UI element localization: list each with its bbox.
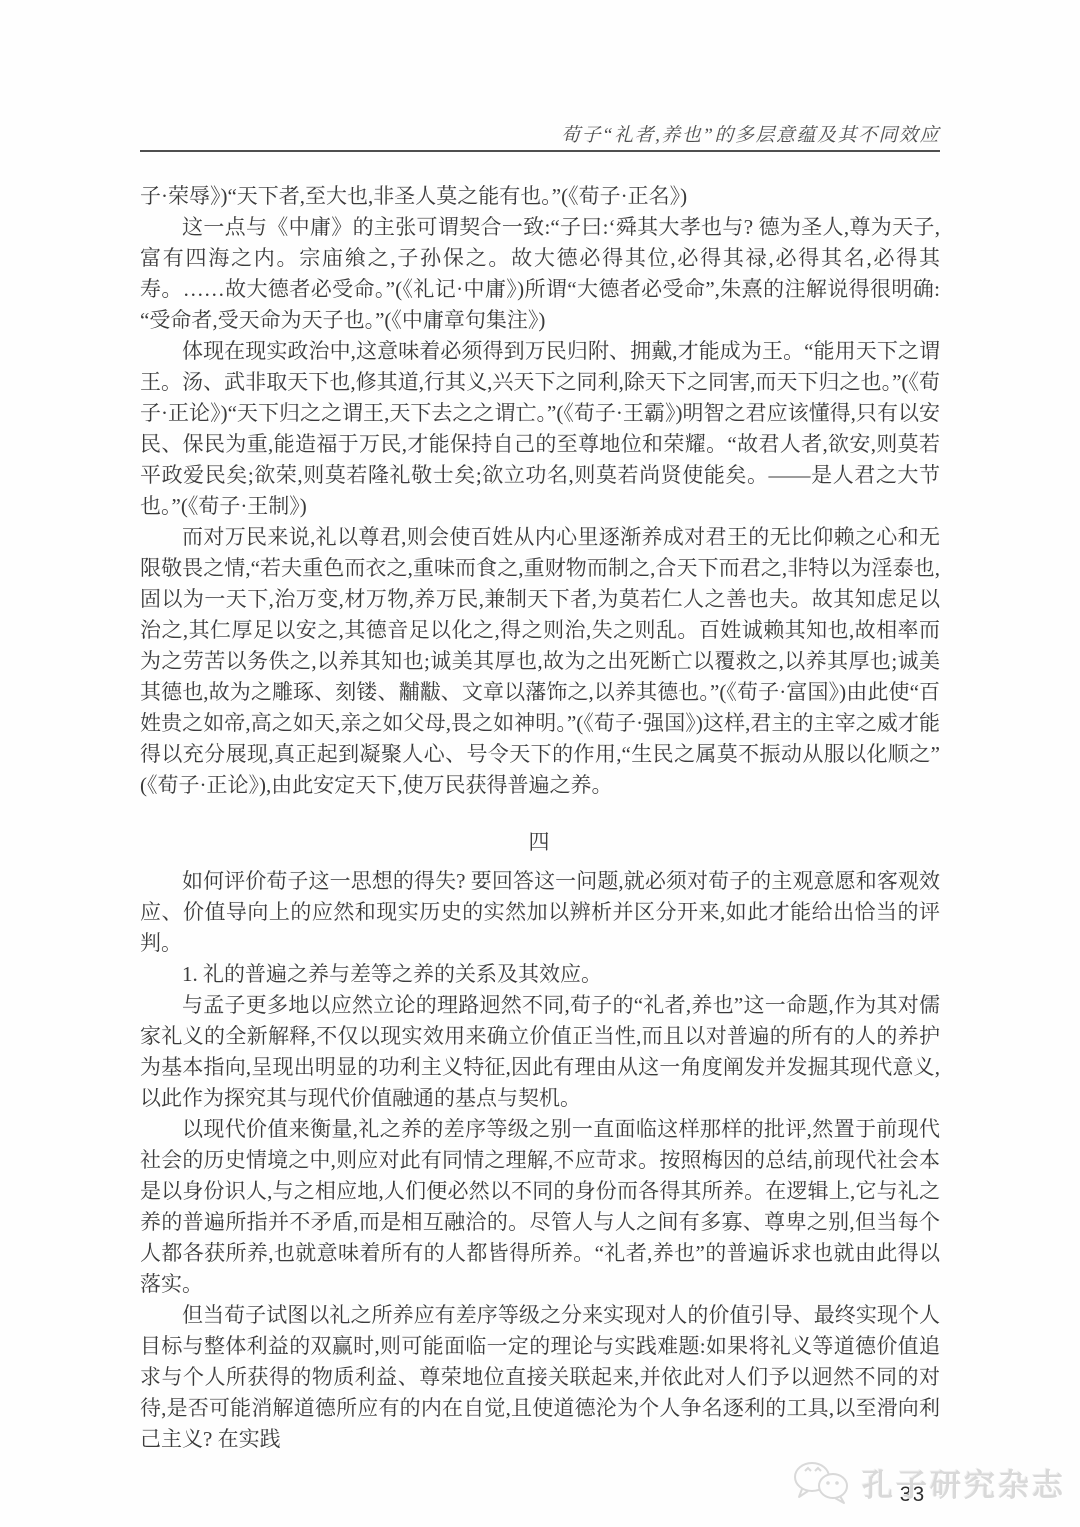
wechat-bubbles-icon (792, 1459, 854, 1505)
body-paragraph: 与孟子更多地以应然立论的理路迥然不同,荀子的“礼者,养也”这一命题,作为其对儒家… (140, 990, 940, 1114)
body-paragraph: 而对万民来说,礼以尊君,则会使百姓从内心里逐渐养成对君王的无比仰赖之心和无限敬畏… (140, 522, 940, 801)
journal-watermark-text: 孔子研究杂志 (862, 1460, 1066, 1505)
body-paragraph: 子·荣辱》)“天下者,至大也,非圣人莫之能有也。”(《荀子·正名》) (140, 181, 940, 212)
body-paragraph: 以现代价值来衡量,礼之养的差序等级之别一直面临这样那样的批评,然置于前现代社会的… (140, 1114, 940, 1300)
body-paragraph: 这一点与《中庸》的主张可谓契合一致:“子曰:‘舜其大孝也与? 德为圣人,尊为天子… (140, 212, 940, 336)
article-body: 子·荣辱》)“天下者,至大也,非圣人莫之能有也。”(《荀子·正名》) 这一点与《… (140, 181, 940, 1510)
body-paragraph: 1. 礼的普遍之养与差等之养的关系及其效应。 (140, 959, 940, 990)
journal-page: 荀子“礼者,养也”的多层意蕴及其不同效应 子·荣辱》)“天下者,至大也,非圣人莫… (0, 0, 1080, 1527)
body-paragraph: 但当荀子试图以礼之所养应有差序等级之分来实现对人的价值引导、最终实现个人目标与整… (140, 1300, 940, 1455)
body-paragraph: 体现在现实政治中,这意味着必须得到万民归附、拥戴,才能成为王。“能用天下之谓王。… (140, 336, 940, 522)
body-paragraph: 如何评价荀子这一思想的得失? 要回答这一问题,就必须对荀子的主观意愿和客观效应、… (140, 866, 940, 959)
journal-watermark: 孔子研究杂志 (792, 1459, 1066, 1505)
header-rule (140, 150, 940, 152)
running-header-title: 荀子“礼者,养也”的多层意蕴及其不同效应 (140, 120, 940, 147)
section-heading-four: 四 (140, 827, 940, 858)
